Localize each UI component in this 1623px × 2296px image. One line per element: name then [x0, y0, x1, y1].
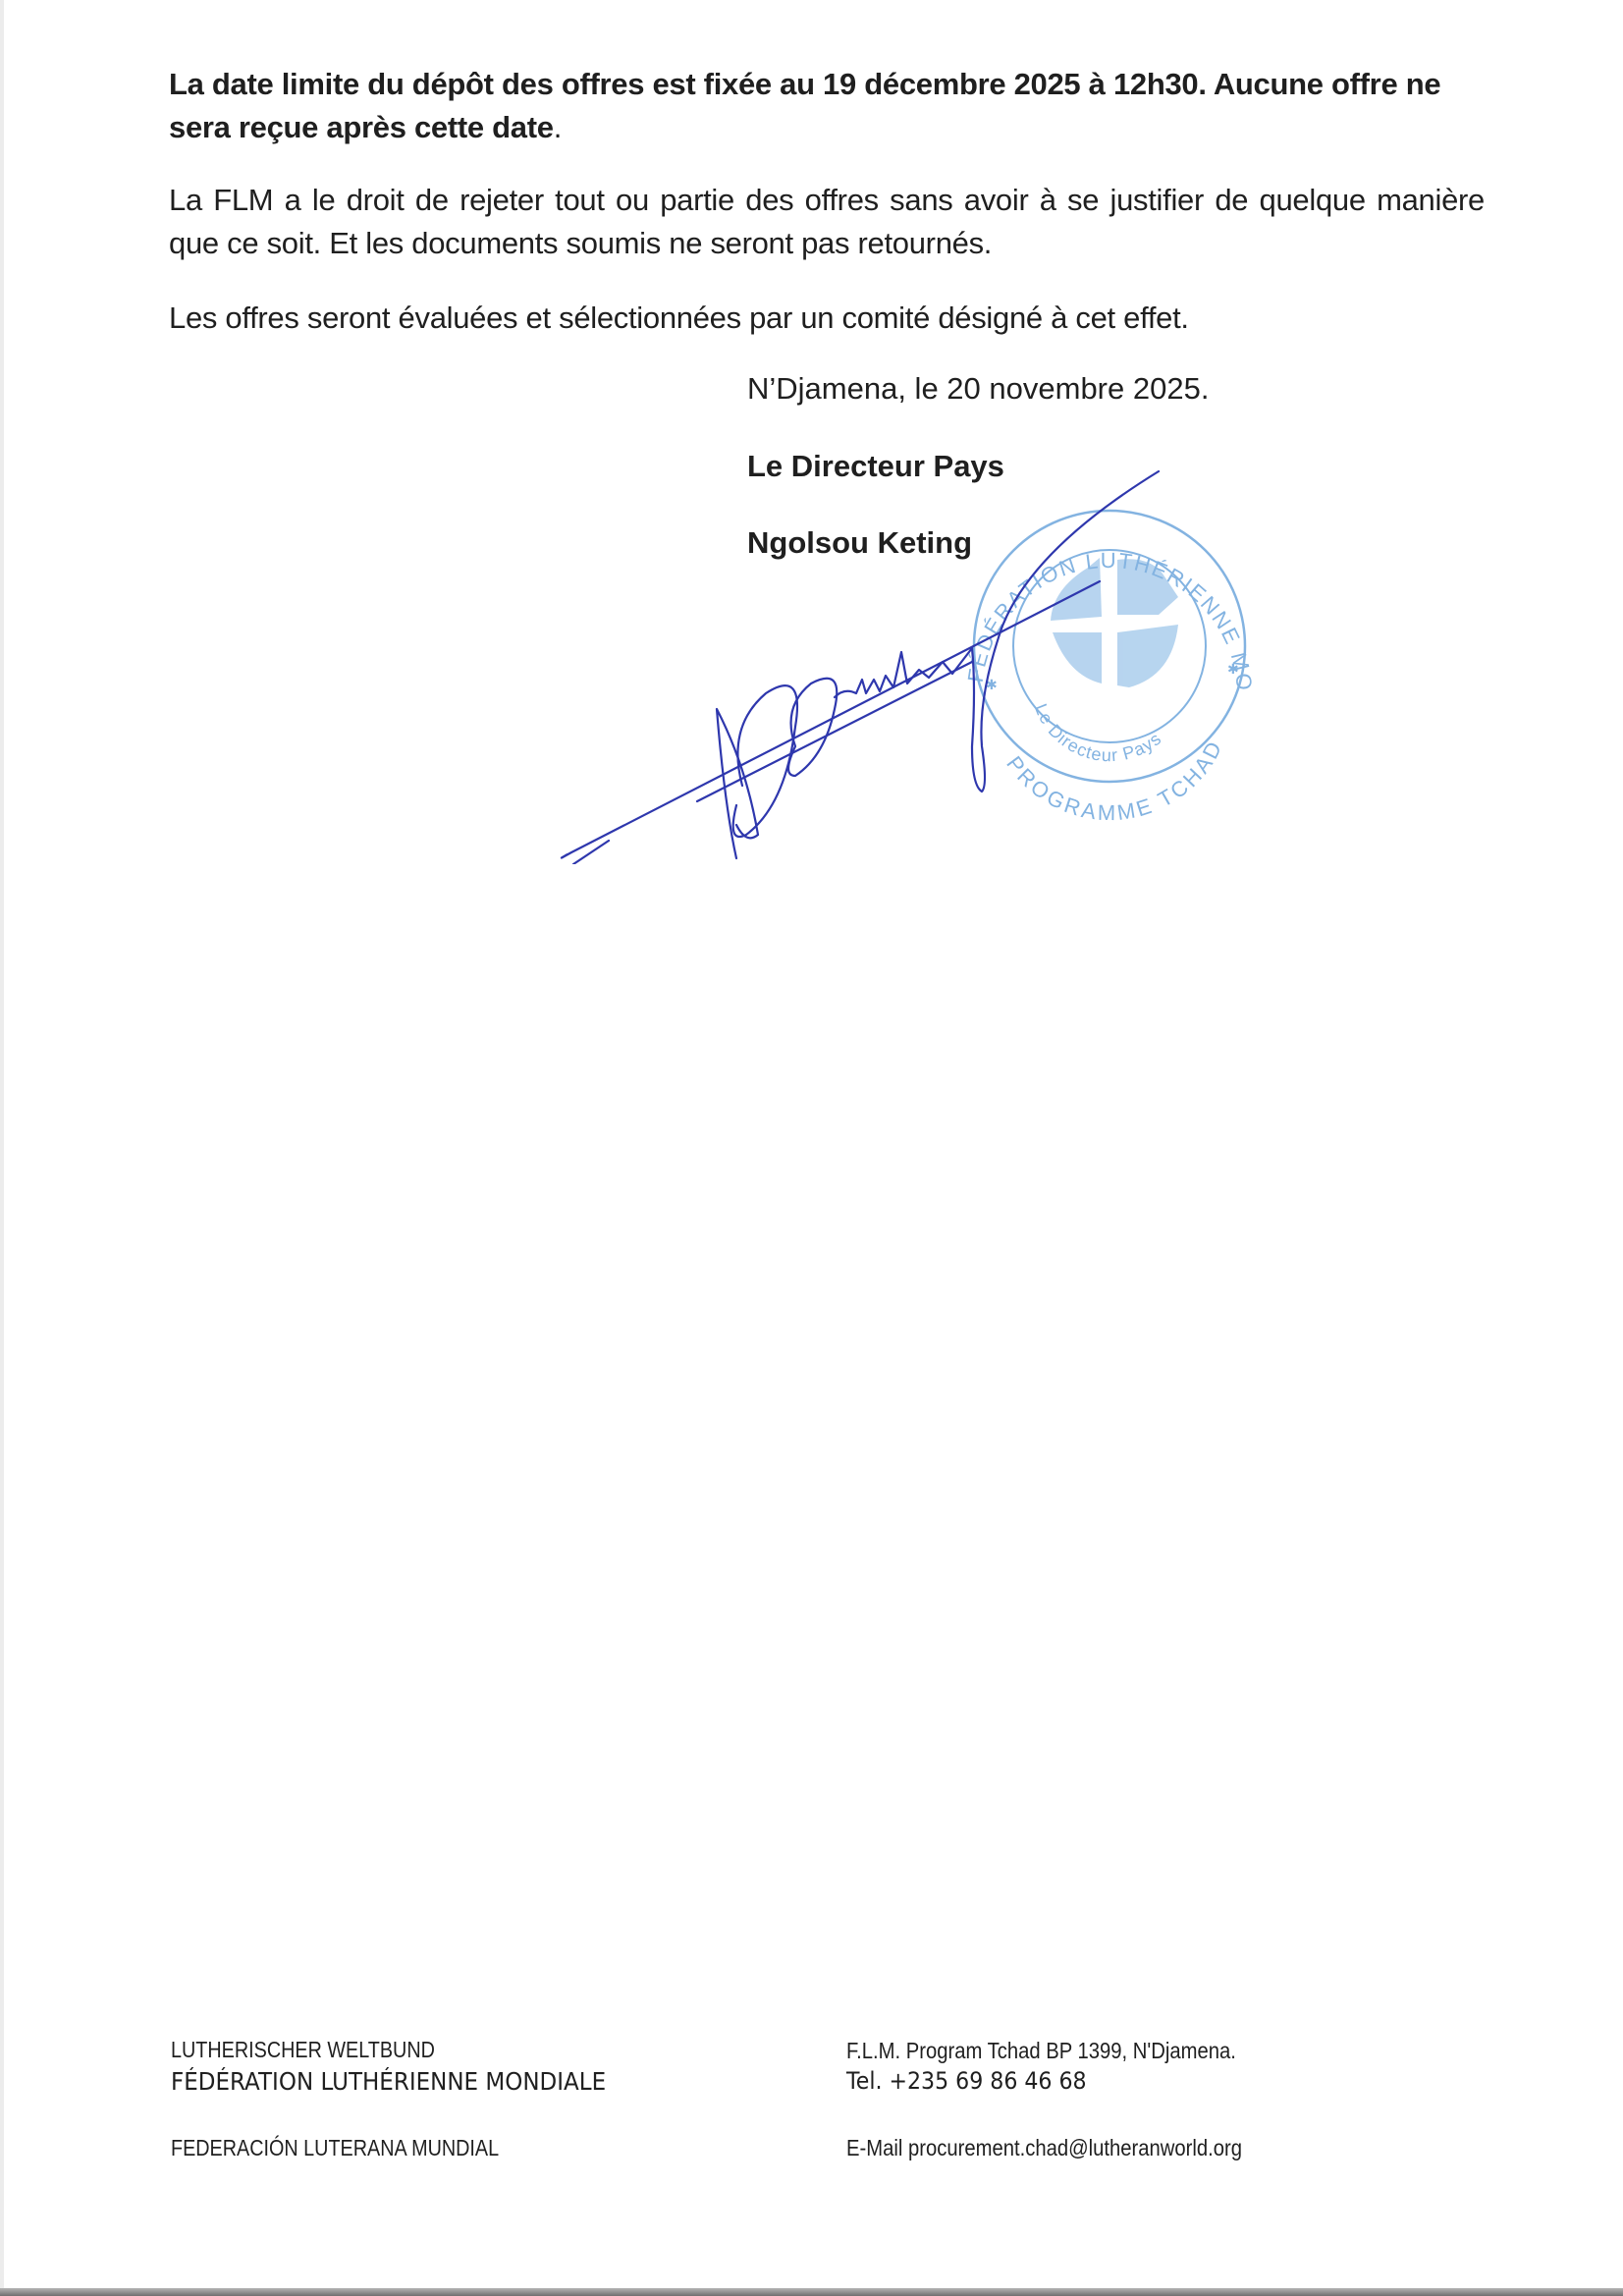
place-date: N’Djamena, le 20 novembre 2025.: [747, 371, 1209, 407]
evaluation-paragraph: Les offres seront évaluées et sélectionn…: [169, 297, 1485, 340]
signatory-title: Le Directeur Pays: [747, 449, 1004, 484]
scan-edge-left: [0, 0, 4, 2296]
scan-edge-bottom: [0, 2288, 1623, 2296]
signatory-name: Ngolsou Keting: [747, 525, 972, 561]
stamp-text-bottom: PROGRAMME TCHAD: [1001, 736, 1227, 826]
deadline-period: .: [554, 110, 562, 144]
footer-email[interactable]: E-Mail procurement.chad@lutheranworld.or…: [846, 2135, 1242, 2161]
svg-text:Le Directeur Pays: Le Directeur Pays: [1031, 701, 1165, 766]
footer-phone: Tel. +235 69 86 46 68: [846, 2067, 1087, 2095]
rights-paragraph: La FLM a le droit de rejeter tout ou par…: [169, 179, 1485, 265]
star-icon: ✱: [986, 677, 998, 692]
footer-org-german: LUTHERISCHER WELTBUND: [171, 2037, 435, 2063]
stamp-and-signature: FÉDÉRATION LUTHÉRIENNE MONDIALE PROGRAMM…: [550, 452, 1296, 864]
deadline-paragraph: La date limite du dépôt des offres est f…: [169, 63, 1485, 149]
stamp-text-inner: Le Directeur Pays: [1031, 701, 1165, 766]
svg-text:FÉDÉRATION LUTHÉRIENNE MONDIAL: FÉDÉRATION LUTHÉRIENNE MONDIALE: [550, 452, 1257, 693]
official-stamp: FÉDÉRATION LUTHÉRIENNE MONDIALE PROGRAMM…: [550, 452, 1257, 825]
footer-address: F.L.M. Program Tchad BP 1399, N'Djamena.: [846, 2038, 1236, 2064]
star-icon: ✱: [1227, 661, 1239, 677]
footer-org-french: FÉDÉRATION LUTHÉRIENNE MONDIALE: [171, 2067, 606, 2096]
lwf-logo-icon: [1051, 558, 1178, 687]
footer-org-spanish: FEDERACIÓN LUTERANA MUNDIAL: [171, 2135, 499, 2161]
svg-text:PROGRAMME TCHAD: PROGRAMME TCHAD: [1001, 736, 1227, 826]
deadline-text: La date limite du dépôt des offres est f…: [169, 67, 1440, 144]
stamp-text-top: FÉDÉRATION LUTHÉRIENNE MONDIALE: [550, 452, 1257, 693]
